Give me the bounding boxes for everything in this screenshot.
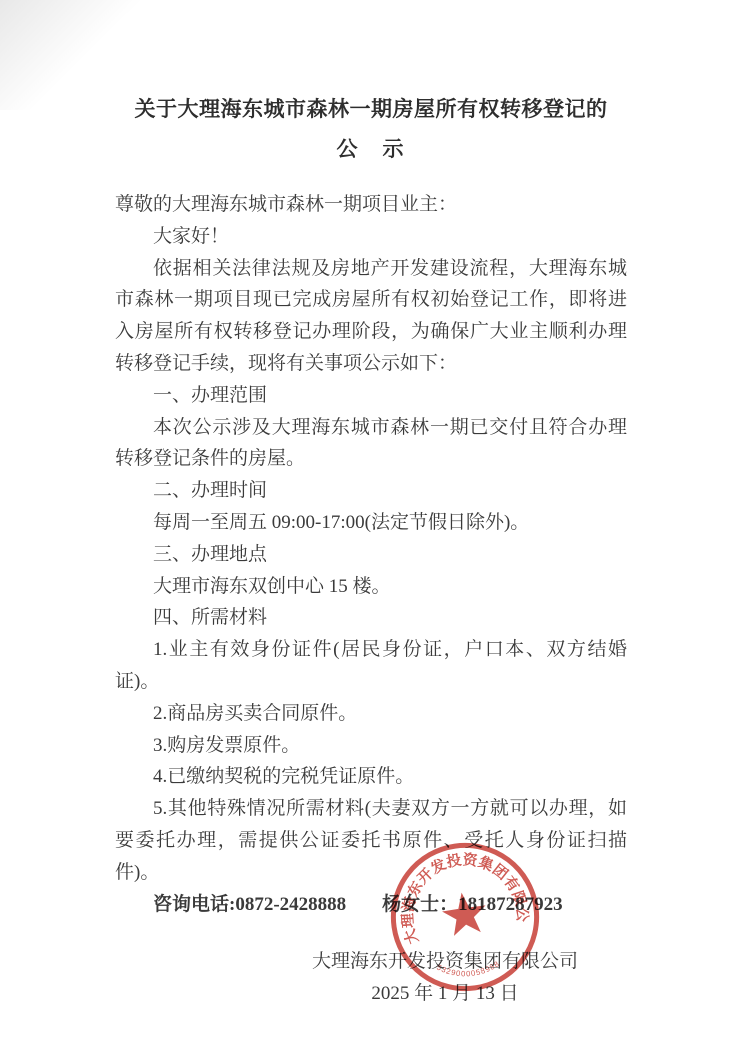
section-3-heading: 三、办理地点 — [115, 539, 627, 571]
materials-item-5: 5.其他特殊情况所需材料(夫妻双方一方就可以办理，如要委托办理，需提供公证委托书… — [115, 793, 627, 888]
materials-item-2: 2.商品房买卖合同原件。 — [115, 698, 627, 730]
materials-item-1: 1.业主有效身份证件(居民身份证，户口本、双方结婚证)。 — [115, 634, 627, 698]
greeting: 大家好！ — [115, 221, 627, 253]
section-4-heading: 四、所需材料 — [115, 602, 627, 634]
section-2-heading: 二、办理时间 — [115, 475, 627, 507]
scan-corner-shadow — [0, 0, 150, 110]
contact-line: 咨询电话:0872-2428888杨女士：18187287923 — [115, 889, 627, 921]
contact-person: 杨女士：18187287923 — [382, 894, 563, 915]
document-title: 关于大理海东城市森林一期房屋所有权转移登记的 — [115, 96, 627, 122]
document-body: 关于大理海东城市森林一期房屋所有权转移登记的 公 示 尊敬的大理海东城市森林一期… — [115, 96, 627, 1010]
materials-item-4: 4.已缴纳契税的完税凭证原件。 — [115, 761, 627, 793]
section-1-body: 本次公示涉及大理海东城市森林一期已交付且符合办理转移登记条件的房屋。 — [115, 412, 627, 476]
intro-paragraph: 依据相关法律法规及房地产开发建设流程，大理海东城市森林一期项目现已完成房屋所有权… — [115, 253, 627, 380]
section-3-body: 大理市海东双创中心 15 楼。 — [115, 571, 627, 603]
signature-block: 大理海东开发投资集团有限公司 2025 年 1 月 13 日 — [312, 946, 578, 1010]
section-1-heading: 一、办理范围 — [115, 380, 627, 412]
signature-company: 大理海东开发投资集团有限公司 — [312, 946, 578, 978]
announcement-page: 关于大理海东城市森林一期房屋所有权转移登记的 公 示 尊敬的大理海东城市森林一期… — [0, 0, 740, 1046]
salutation: 尊敬的大理海东城市森林一期项目业主： — [115, 189, 627, 221]
materials-item-3: 3.购房发票原件。 — [115, 730, 627, 762]
signature-date: 2025 年 1 月 13 日 — [312, 978, 578, 1010]
document-subtitle: 公 示 — [115, 136, 627, 162]
section-2-body: 每周一至周五 09:00-17:00(法定节假日除外)。 — [115, 507, 627, 539]
contact-phone: 咨询电话:0872-2428888 — [153, 894, 346, 915]
